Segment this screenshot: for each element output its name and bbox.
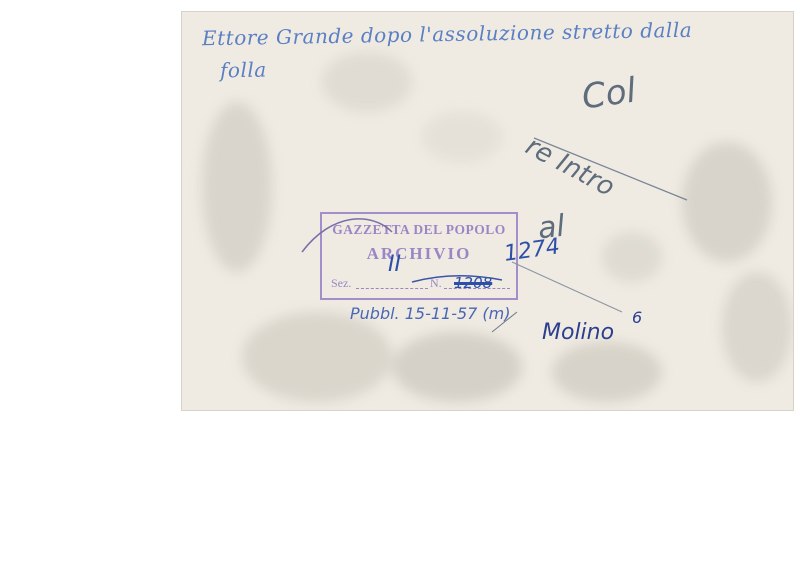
photo-back-paper: Ettore Grande dopo l'assoluzione stretto… (182, 12, 793, 410)
pencil-scrawl-on-stamp (302, 219, 392, 252)
pencil-slash (534, 138, 687, 200)
pencil-tick (492, 312, 517, 332)
pen-strike (412, 276, 502, 282)
pencil-line (512, 262, 622, 312)
handwriting-strokes (182, 12, 793, 410)
